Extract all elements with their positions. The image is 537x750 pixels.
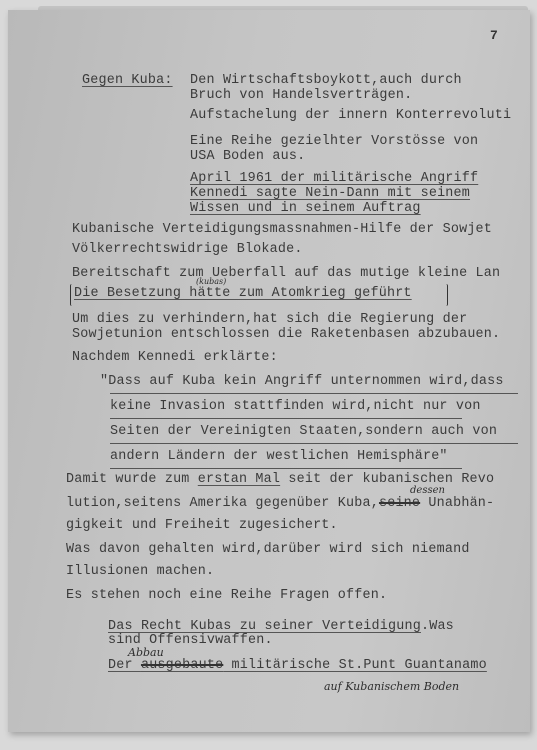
quote-line: andern Ländern der westlichen Hemisphäre…: [110, 449, 448, 464]
text-line: gigkeit und Freiheit zugesichert.: [66, 518, 338, 533]
text-line: USA Boden aus.: [190, 149, 305, 164]
text-line: lution,seitens Amerika gegenüber Kuba,se…: [66, 496, 494, 511]
underline-rule: [110, 443, 518, 444]
text-line: Bruch von Handelsverträgen.: [190, 88, 412, 103]
underline-rule: [110, 468, 462, 469]
section-label: Gegen Kuba:: [82, 73, 173, 88]
text-line: Es stehen noch eine Reihe Fragen offen.: [66, 588, 387, 603]
text-line: Was davon gehalten wird,darüber wird sic…: [66, 542, 470, 557]
handwritten-annotation: auf Kubanischem Boden: [324, 680, 459, 693]
text-line: Um dies zu verhindern,hat sich die Regie…: [72, 312, 467, 327]
quote-line: "Dass auf Kuba kein Angriff unternommen …: [100, 374, 504, 389]
text-line: April 1961 der militärische Angriff: [190, 171, 478, 186]
underline-rule: [110, 393, 518, 394]
text-line: Illusionen machen.: [66, 564, 214, 579]
page-number: 7: [490, 28, 498, 43]
text-line: Die Besetzung hätte zum Atomkrieg geführ…: [74, 286, 412, 301]
underline-rule: [110, 418, 462, 419]
text-line: Kennedi sagte Nein-Dann mit seinem: [190, 186, 470, 201]
text-line: Sowjetunion entschlossen die Raketenbase…: [72, 327, 500, 342]
underlined-phrase: Das Recht Kubas zu seiner Verteidigung: [108, 619, 421, 634]
quote-line: keine Invasion stattfinden wird,nicht nu…: [110, 399, 481, 414]
text-line: Eine Reihe gezielhter Vorstösse von: [190, 134, 478, 149]
text-line: Das Recht Kubas zu seiner Verteidigung.W…: [108, 619, 454, 634]
text-line: Völkerrechtswidrige Blokade.: [72, 242, 303, 257]
text-line: Wissen und in seinem Auftrag: [190, 201, 421, 216]
text-line: Aufstachelung der innern Konterrevoluti: [190, 108, 511, 123]
struck-word: seine: [379, 496, 420, 511]
handwritten-correction: dessen: [410, 485, 445, 496]
typewritten-page: 7 Gegen Kuba: Den Wirtschaftsboykott,auc…: [8, 10, 530, 732]
struck-word: ausgebaute: [141, 658, 223, 673]
text-line: Der ausgebaute militärische St.Punt Guan…: [108, 658, 487, 673]
text-line: Kubanische Verteidigungsmassnahmen-Hilfe…: [72, 222, 492, 237]
underlined-phrase: erstan Mal: [198, 472, 280, 487]
quote-line: Seiten der Vereinigten Staaten,sondern a…: [110, 424, 497, 439]
text-line: Bereitschaft zum Ueberfall auf das mutig…: [72, 266, 500, 281]
text-line: Nachdem Kennedi erklärte:: [72, 350, 278, 365]
text-line: Den Wirtschaftsboykott,auch durch: [190, 73, 462, 88]
